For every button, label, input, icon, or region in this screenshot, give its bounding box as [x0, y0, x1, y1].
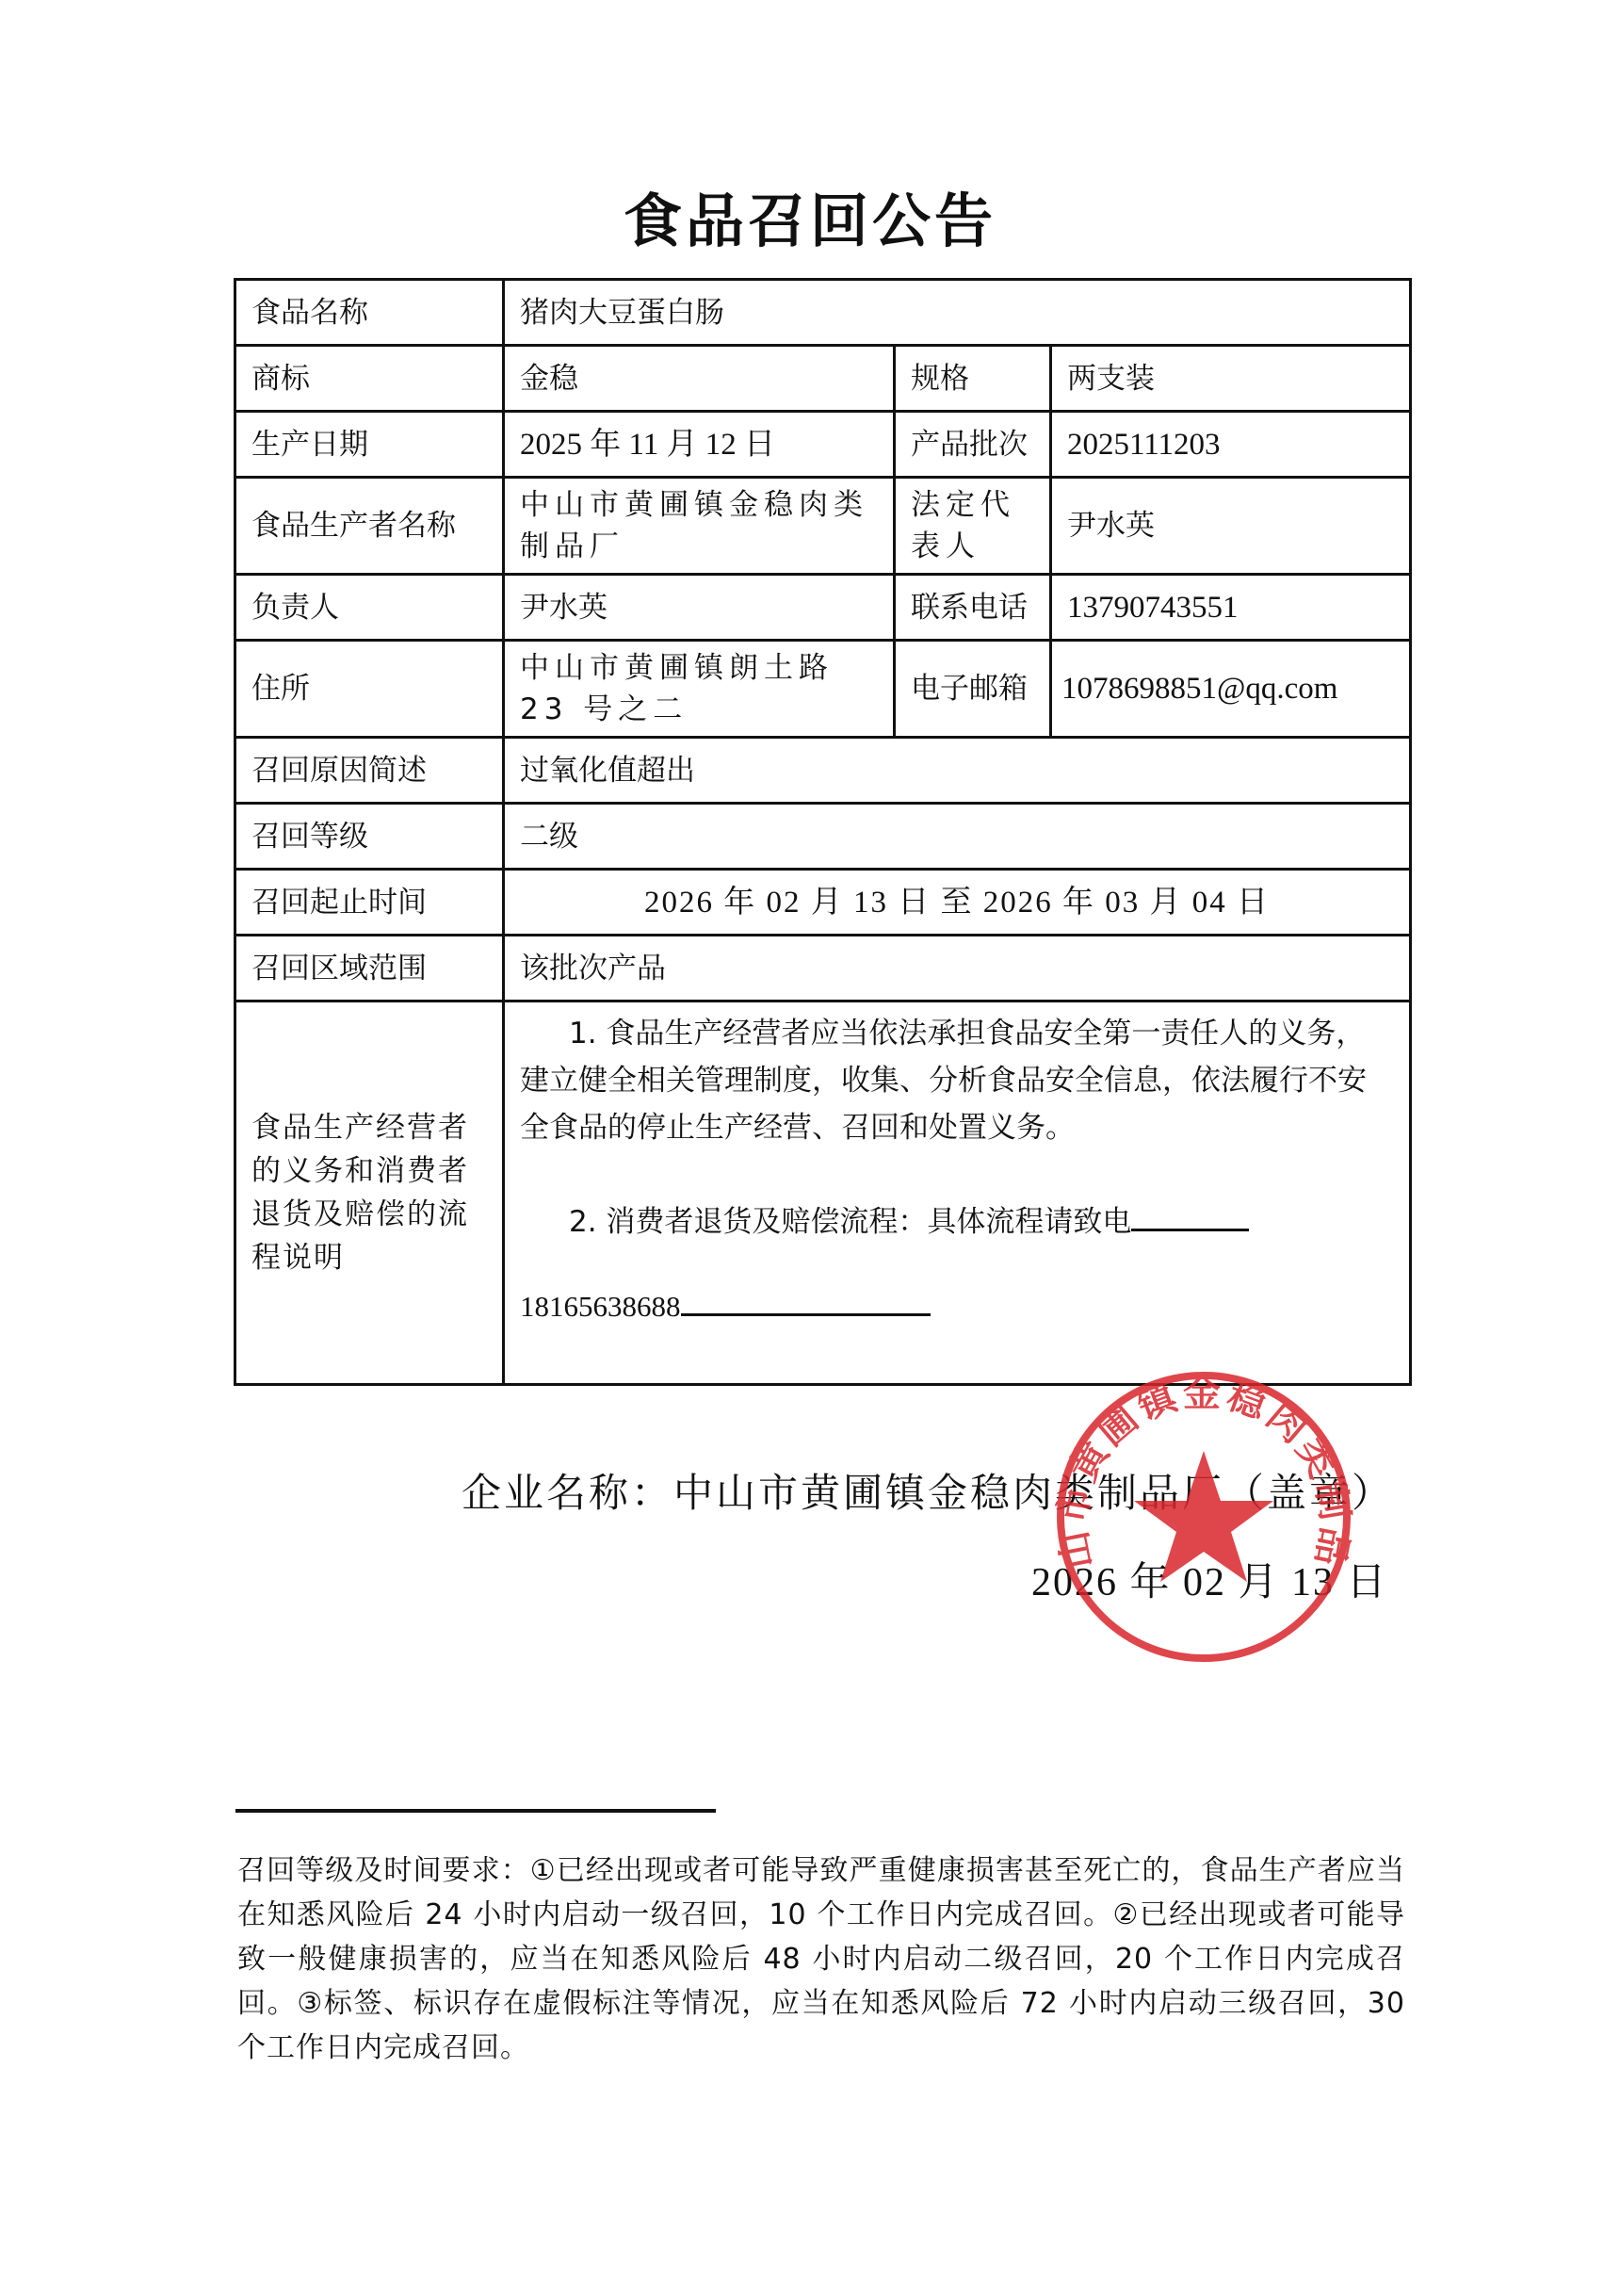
row-food-name: 食品名称 猪肉大豆蛋白肠	[235, 280, 1411, 346]
label-email: 电子邮箱	[895, 641, 1051, 738]
value-phone: 13790743551	[1051, 575, 1411, 641]
row-recall-period: 召回起止时间 2026 年 02 月 13 日 至 2026 年 03 月 04…	[235, 870, 1411, 936]
row-recall-level: 召回等级 二级	[235, 804, 1411, 870]
value-production-date: 2025 年 11 月 12 日	[504, 412, 895, 478]
label-recall-reason: 召回原因简述	[235, 738, 504, 804]
label-spec: 规格	[895, 346, 1051, 412]
duties-paragraph-1: 1. 食品生产经营者应当依法承担食品安全第一责任人的义务，建立健全相关管理制度，…	[520, 1010, 1394, 1151]
row-recall-scope: 召回区域范围 该批次产品	[235, 936, 1411, 1001]
duties-paragraph-2: 2. 消费者退货及赔偿流程：具体流程请致电	[520, 1198, 1394, 1246]
value-recall-period: 2026 年 02 月 13 日 至 2026 年 03 月 04 日	[504, 870, 1411, 936]
label-recall-period: 召回起止时间	[235, 870, 504, 936]
hotline-number: 18165638688	[520, 1290, 681, 1323]
row-contact: 负责人 尹水英 联系电话 13790743551	[235, 575, 1411, 641]
label-duties: 食品生产经营者的义务和消费者退货及赔偿的流程说明	[235, 1001, 504, 1385]
value-recall-level: 二级	[504, 804, 1411, 870]
label-producer: 食品生产者名称	[235, 478, 504, 575]
blank-line	[1131, 1200, 1249, 1231]
value-recall-reason: 过氧化值超出	[504, 738, 1411, 804]
footnote-divider	[235, 1809, 716, 1813]
value-legal-rep: 尹水英	[1051, 478, 1411, 575]
label-recall-level: 召回等级	[235, 804, 504, 870]
value-person-in-charge: 尹水英	[504, 575, 895, 641]
label-person-in-charge: 负责人	[235, 575, 504, 641]
value-batch: 2025111203	[1051, 412, 1411, 478]
row-address: 住所 中山市黄圃镇朗土路 23 号之二 电子邮箱 1078698851@qq.c…	[235, 641, 1411, 738]
row-recall-reason: 召回原因简述 过氧化值超出	[235, 738, 1411, 804]
value-duties: 1. 食品生产经营者应当依法承担食品安全第一责任人的义务，建立健全相关管理制度，…	[504, 1001, 1411, 1385]
label-phone: 联系电话	[895, 575, 1051, 641]
value-producer: 中山市黄圃镇金稳肉类制品厂	[504, 478, 895, 575]
page-title: 食品召回公告	[0, 184, 1620, 259]
value-brand: 金稳	[504, 346, 895, 412]
value-food-name: 猪肉大豆蛋白肠	[504, 280, 1411, 346]
label-recall-scope: 召回区域范围	[235, 936, 504, 1001]
footnote-recall-requirements: 召回等级及时间要求：①已经出现或者可能导致严重健康损害甚至死亡的，食品生产者应当…	[237, 1848, 1405, 2070]
value-email: 1078698851@qq.com	[1051, 641, 1411, 738]
label-production-date: 生产日期	[235, 412, 504, 478]
blank-line	[681, 1285, 931, 1316]
row-producer: 食品生产者名称 中山市黄圃镇金稳肉类制品厂 法定代表人 尹水英	[235, 478, 1411, 575]
value-spec: 两支装	[1051, 346, 1411, 412]
label-batch: 产品批次	[895, 412, 1051, 478]
label-legal-rep: 法定代表人	[895, 478, 1051, 575]
hotline-line: 18165638688	[520, 1283, 1394, 1330]
value-address: 中山市黄圃镇朗土路 23 号之二	[504, 641, 895, 738]
label-food-name: 食品名称	[235, 280, 504, 346]
row-duties: 食品生产经营者的义务和消费者退货及赔偿的流程说明 1. 食品生产经营者应当依法承…	[235, 1001, 1411, 1385]
row-brand-spec: 商标 金稳 规格 两支装	[235, 346, 1411, 412]
duties-paragraph-2-text: 2. 消费者退货及赔偿流程：具体流程请致电	[569, 1205, 1131, 1239]
row-date-batch: 生产日期 2025 年 11 月 12 日 产品批次 2025111203	[235, 412, 1411, 478]
value-recall-scope: 该批次产品	[504, 936, 1411, 1001]
label-brand: 商标	[235, 346, 504, 412]
label-address: 住所	[235, 641, 504, 738]
company-seal-icon: 中山市黄圃镇金稳肉类制品厂	[1044, 1361, 1364, 1663]
recall-info-table: 食品名称 猪肉大豆蛋白肠 商标 金稳 规格 两支装 生产日期 2025 年 11…	[234, 278, 1412, 1386]
